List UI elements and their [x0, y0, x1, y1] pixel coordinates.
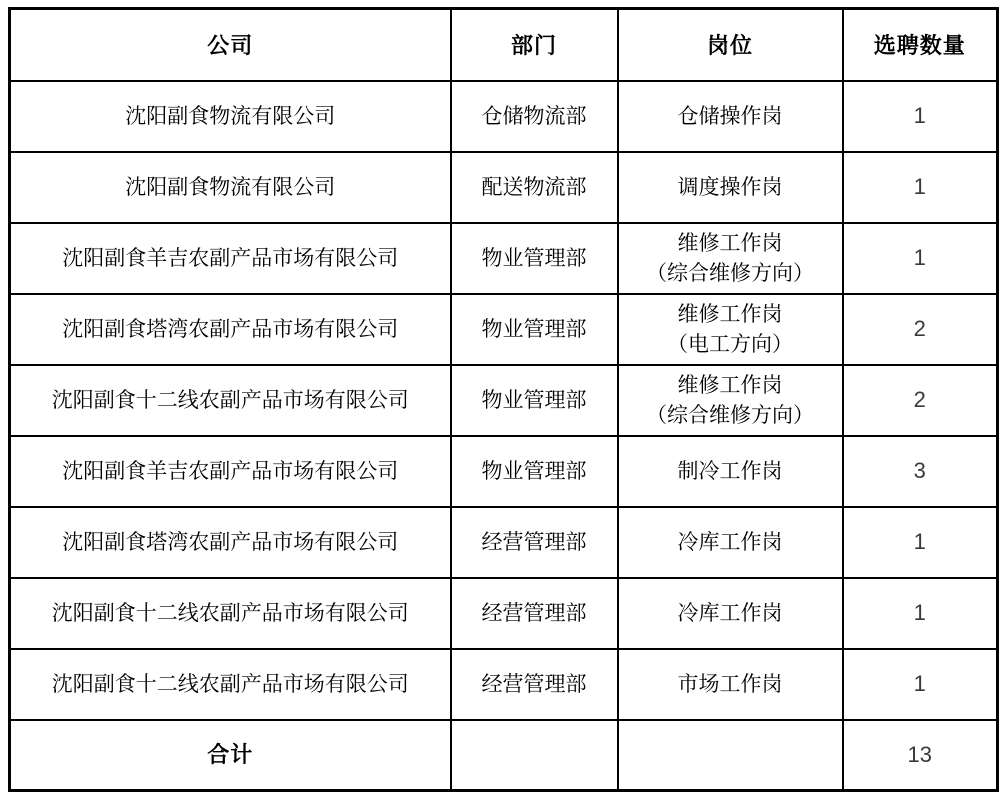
company-cell: 沈阳副食塔湾农副产品市场有限公司 — [10, 294, 451, 365]
recruitment-table-wrap: 公司 部门 岗位 选聘数量 沈阳副食物流有限公司 仓储物流部 仓储操作岗 1 沈… — [8, 7, 996, 787]
position-cell: 冷库工作岗 — [618, 507, 843, 578]
table-row: 沈阳副食十二线农副产品市场有限公司 经营管理部 冷库工作岗 1 — [10, 578, 998, 649]
department-cell: 物业管理部 — [451, 294, 618, 365]
header-company: 公司 — [10, 9, 451, 81]
count-cell: 2 — [843, 294, 998, 365]
position-cell: 维修工作岗 （综合维修方向） — [618, 365, 843, 436]
position-cell: 市场工作岗 — [618, 649, 843, 720]
position-note: （电工方向） — [623, 329, 838, 359]
table-row: 沈阳副食物流有限公司 仓储物流部 仓储操作岗 1 — [10, 81, 998, 152]
position-title: 制冷工作岗 — [623, 456, 838, 486]
department-cell: 物业管理部 — [451, 436, 618, 507]
count-cell: 3 — [843, 436, 998, 507]
company-cell: 沈阳副食物流有限公司 — [10, 152, 451, 223]
header-row: 公司 部门 岗位 选聘数量 — [10, 9, 998, 81]
company-cell: 沈阳副食物流有限公司 — [10, 81, 451, 152]
table-row: 沈阳副食塔湾农副产品市场有限公司 物业管理部 维修工作岗 （电工方向） 2 — [10, 294, 998, 365]
count-cell: 1 — [843, 507, 998, 578]
total-label-cell: 合计 — [10, 720, 451, 791]
total-count-cell: 13 — [843, 720, 998, 791]
department-cell: 物业管理部 — [451, 365, 618, 436]
total-empty-position-cell — [618, 720, 843, 791]
company-cell: 沈阳副食羊吉农副产品市场有限公司 — [10, 436, 451, 507]
table-row: 沈阳副食十二线农副产品市场有限公司 经营管理部 市场工作岗 1 — [10, 649, 998, 720]
position-cell: 冷库工作岗 — [618, 578, 843, 649]
table-row: 沈阳副食羊吉农副产品市场有限公司 物业管理部 维修工作岗 （综合维修方向） 1 — [10, 223, 998, 294]
position-title: 仓储操作岗 — [623, 101, 838, 131]
position-title: 冷库工作岗 — [623, 527, 838, 557]
position-title: 调度操作岗 — [623, 172, 838, 202]
department-cell: 经营管理部 — [451, 578, 618, 649]
count-cell: 1 — [843, 81, 998, 152]
table-row: 沈阳副食塔湾农副产品市场有限公司 经营管理部 冷库工作岗 1 — [10, 507, 998, 578]
total-empty-department-cell — [451, 720, 618, 791]
department-cell: 仓储物流部 — [451, 81, 618, 152]
position-cell: 维修工作岗 （电工方向） — [618, 294, 843, 365]
count-cell: 1 — [843, 152, 998, 223]
company-cell: 沈阳副食塔湾农副产品市场有限公司 — [10, 507, 451, 578]
header-position: 岗位 — [618, 9, 843, 81]
table-row: 沈阳副食羊吉农副产品市场有限公司 物业管理部 制冷工作岗 3 — [10, 436, 998, 507]
position-cell: 仓储操作岗 — [618, 81, 843, 152]
department-cell: 经营管理部 — [451, 649, 618, 720]
company-cell: 沈阳副食羊吉农副产品市场有限公司 — [10, 223, 451, 294]
position-cell: 调度操作岗 — [618, 152, 843, 223]
header-count: 选聘数量 — [843, 9, 998, 81]
recruitment-table: 公司 部门 岗位 选聘数量 沈阳副食物流有限公司 仓储物流部 仓储操作岗 1 沈… — [8, 7, 999, 792]
count-cell: 2 — [843, 365, 998, 436]
total-row: 合计 13 — [10, 720, 998, 791]
company-cell: 沈阳副食十二线农副产品市场有限公司 — [10, 365, 451, 436]
position-note: （综合维修方向） — [623, 400, 838, 430]
position-title: 维修工作岗 — [623, 228, 838, 258]
department-cell: 物业管理部 — [451, 223, 618, 294]
position-title: 市场工作岗 — [623, 669, 838, 699]
position-title: 维修工作岗 — [623, 299, 838, 329]
company-cell: 沈阳副食十二线农副产品市场有限公司 — [10, 649, 451, 720]
count-cell: 1 — [843, 223, 998, 294]
table-row: 沈阳副食物流有限公司 配送物流部 调度操作岗 1 — [10, 152, 998, 223]
department-cell: 经营管理部 — [451, 507, 618, 578]
position-title: 冷库工作岗 — [623, 598, 838, 628]
position-cell: 制冷工作岗 — [618, 436, 843, 507]
count-cell: 1 — [843, 649, 998, 720]
position-note: （综合维修方向） — [623, 258, 838, 288]
department-cell: 配送物流部 — [451, 152, 618, 223]
position-cell: 维修工作岗 （综合维修方向） — [618, 223, 843, 294]
count-cell: 1 — [843, 578, 998, 649]
position-title: 维修工作岗 — [623, 370, 838, 400]
header-department: 部门 — [451, 9, 618, 81]
table-row: 沈阳副食十二线农副产品市场有限公司 物业管理部 维修工作岗 （综合维修方向） 2 — [10, 365, 998, 436]
company-cell: 沈阳副食十二线农副产品市场有限公司 — [10, 578, 451, 649]
